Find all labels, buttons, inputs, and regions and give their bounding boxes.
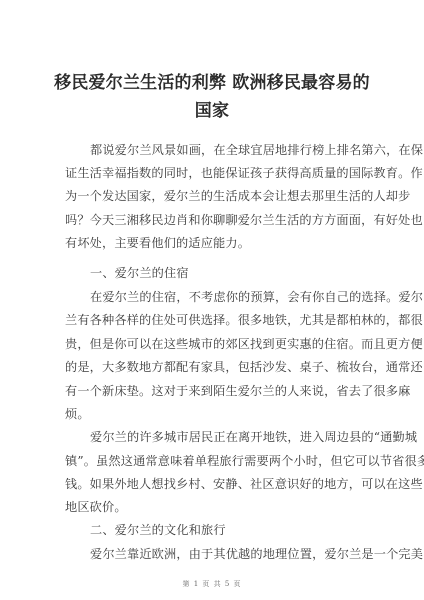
section-heading-accommodation: 一、爱尔兰的住宿: [90, 264, 390, 281]
body-line: 兰有各种各样的住处可供选择。很多地铁，尤其是都柏林的，都很: [65, 311, 365, 328]
body-line: 地区砍价。: [65, 498, 365, 515]
body-line: 镇”。虽然这通常意味着单程旅行需要两个小时，但它可以节省很多: [65, 452, 365, 469]
body-line: 证生活幸福指数的同时，也能保证孩子获得高质量的国际教育。作: [65, 164, 365, 181]
document-page: 移民爱尔兰生活的利弊 欧洲移民最容易的 国家 都说爱尔兰风景如画，在全球宜居地排…: [0, 0, 424, 600]
body-line: 为一个发达国家，爱尔兰的生活成本会让想去那里生活的人却步: [65, 187, 365, 204]
body-line: 钱。如果外地人想找乡村、安静、社区意识好的地方，可以在这些: [65, 475, 365, 492]
body-line: 爱尔兰的许多城市居民正在离开地铁，进入周边县的“通勤城: [90, 428, 390, 445]
body-line: 吗？今天三湘移民边肖和你聊聊爱尔兰生活的方方面面，有好处也: [65, 211, 365, 228]
body-line: 的是，大多数地方都配有家具，包括沙发、桌子、梳妆台，通常还: [65, 358, 365, 375]
page-number-footer: 第 1 页 共 5 页: [0, 579, 424, 589]
body-line: 有一个新床垫。这对于来到陌生爱尔兰的人来说，省去了很多麻: [65, 382, 365, 399]
body-line: 有坏处，主要看他们的适应能力。: [65, 234, 365, 251]
body-line: 贵，但是你可以在这些城市的郊区找到更实惠的住宿。而且更方便: [65, 335, 365, 352]
body-line: 烦。: [65, 405, 365, 422]
document-title-line-1: 移民爱尔兰生活的利弊 欧洲移民最容易的: [40, 68, 384, 93]
document-title-line-2: 国家: [40, 96, 384, 121]
body-line: 在爱尔兰的住宿，不考虑你的预算，会有你自己的选择。爱尔: [90, 288, 390, 305]
body-line: 都说爱尔兰风景如画，在全球宜居地排行榜上排名第六，在保: [90, 141, 390, 158]
section-heading-culture-travel: 二、爱尔兰的文化和旅行: [90, 521, 390, 538]
body-line: 爱尔兰靠近欧洲，由于其优越的地理位置，爱尔兰是一个完美: [90, 545, 390, 562]
